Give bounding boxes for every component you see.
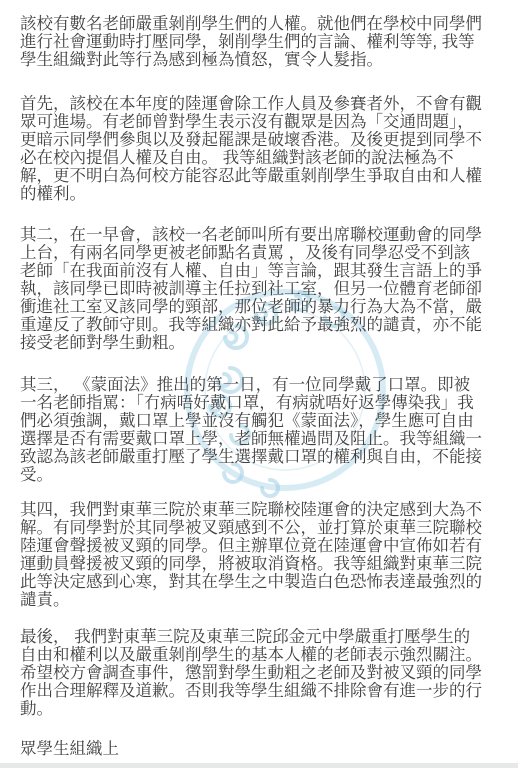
paragraph-first-point: 首先，該校在本年度的陸運會除工作人員及參賽者外，不會有觀 眾可進場。有老師曾對學… [20,95,502,203]
statement-body: 該校有數名老師嚴重剝削學生們的人權。就他們在學校中同學們 進行社會運動時打壓同學… [20,0,502,758]
paragraph-fourth-point: 其四，我們對東華三院於東華三院聯校陸運會的決定感到大為不 解。有同學對於其同學被… [20,501,502,609]
bottom-crop-strip [0,763,518,768]
paragraph-final-demand: 最後， 我們對東華三院及東華三院邱金元中學嚴重打壓學生的 自由和權利以及嚴重剝削… [20,628,502,718]
paragraph-intro: 該校有數名老師嚴重剝削學生們的人權。就他們在學校中同學們 進行社會運動時打壓同學… [20,15,502,69]
statement-document: 該校有數名老師嚴重剝削學生們的人權。就他們在學校中同學們 進行社會運動時打壓同學… [0,0,518,768]
paragraph-third-point: 其三， 《蒙面法》推出的第一日，有一位同學戴了口罩。即被 一名老師指罵：「冇病唔… [20,376,502,484]
signoff: 眾學生組織上 [20,740,502,758]
paragraph-second-point: 其二，在一早會，該校一名老師叫所有要出席聯校運動會的同學 上台，有兩名同學更被老… [20,226,502,352]
